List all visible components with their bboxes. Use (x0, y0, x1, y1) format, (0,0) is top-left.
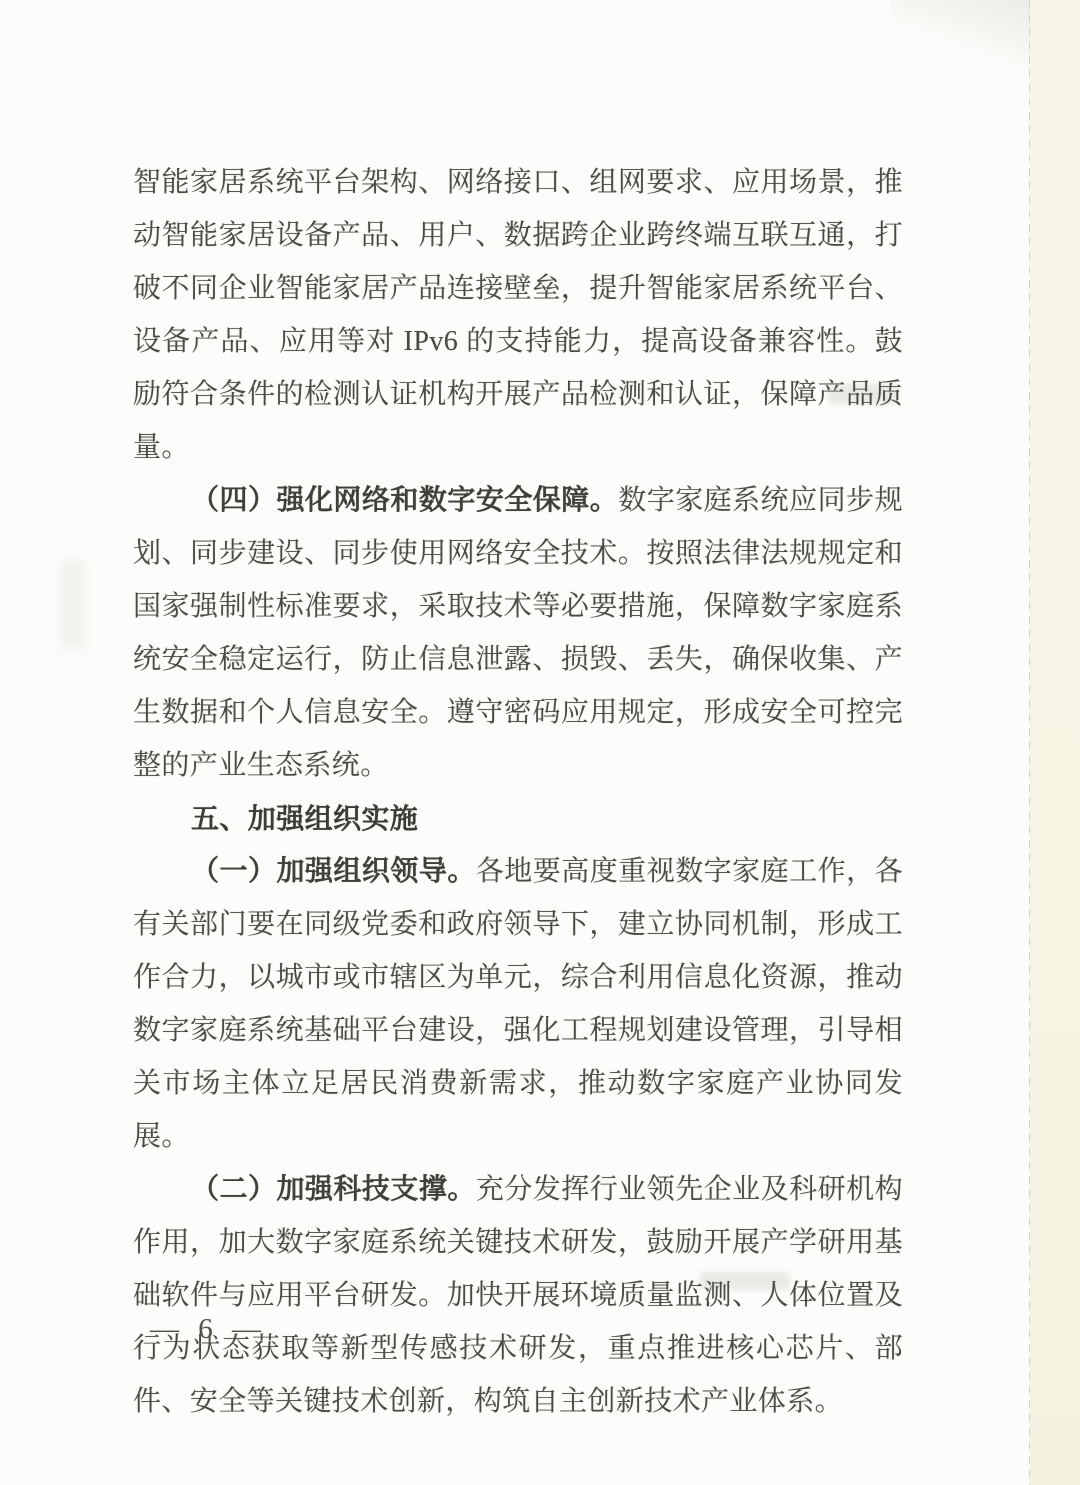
scan-page-edge-line (1029, 0, 1030, 1485)
paragraph-text: 智能家居系统平台架构、网络接口、组网要求、应用场景，推动智能家居设备产品、用户、… (133, 167, 903, 463)
body-paragraph-item-2: （二）加强科技支撑。充分发挥行业领先企业及科研机构作用，加大数字家庭系统关键技术… (133, 1163, 903, 1428)
body-paragraph-continuation: 智能家居系统平台架构、网络接口、组网要求、应用场景，推动智能家居设备产品、用户、… (133, 156, 903, 474)
paragraph-text: 数字家庭系统应同步规划、同步建设、同步使用网络安全技术。按照法律法规规定和国家强… (133, 485, 903, 781)
document-body: 智能家居系统平台架构、网络接口、组网要求、应用场景，推动智能家居设备产品、用户、… (133, 156, 903, 1428)
section-heading: 五、加强组织实施 (133, 792, 903, 845)
paragraph-lead: （一）加强组织领导。 (191, 856, 476, 887)
page-number: — 6 — (150, 1306, 267, 1352)
paragraph-text: 各地要高度重视数字家庭工作，各有关部门要在同级党委和政府领导下，建立协同机制，形… (133, 856, 903, 1152)
body-paragraph-item-1: （一）加强组织领导。各地要高度重视数字家庭工作，各有关部门要在同级党委和政府领导… (133, 845, 903, 1163)
scanned-document-page: 智能家居系统平台架构、网络接口、组网要求、应用场景，推动智能家居设备产品、用户、… (0, 0, 1080, 1485)
scan-edge-strip (1030, 0, 1080, 1485)
paragraph-lead: （二）加强科技支撑。 (191, 1174, 476, 1205)
paragraph-text: 充分发挥行业领先企业及科研机构作用，加大数字家庭系统关键技术研发，鼓励开展产学研… (133, 1174, 903, 1417)
scan-smudge (60, 560, 86, 650)
paragraph-lead: （四）强化网络和数字安全保障。 (191, 485, 618, 516)
scan-corner-shade (890, 0, 1030, 90)
body-paragraph-item-4: （四）强化网络和数字安全保障。数字家庭系统应同步规划、同步建设、同步使用网络安全… (133, 474, 903, 792)
